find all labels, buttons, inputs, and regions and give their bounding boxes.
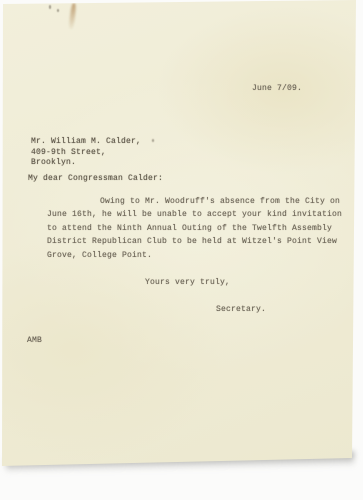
letter-scan: June 7/09. Mr. William M. Calder, 409-9t…: [0, 0, 363, 500]
recipient-street-line: 409-9th Street,: [31, 148, 106, 158]
rust-stain-mark: [68, 3, 76, 29]
ink-speck: [57, 9, 59, 12]
letter-paper: June 7/09. Mr. William M. Calder, 409-9t…: [0, 0, 363, 500]
ink-speck: [49, 5, 51, 9]
body-line: District Republican Club to be held at W…: [47, 237, 337, 247]
typist-initials: AMB: [27, 336, 42, 346]
body-line: June 16th, he will be unable to accept y…: [47, 210, 342, 220]
closing-line: Yours very truly,: [145, 278, 230, 288]
recipient-city-line: Brooklyn.: [31, 158, 76, 168]
letter-date: June 7/09.: [252, 84, 302, 94]
signature-title: Secretary.: [216, 305, 266, 315]
ink-speck: [152, 139, 154, 142]
body-line: Owing to Mr. Woodruff's absence from the…: [100, 197, 340, 207]
recipient-name-line: Mr. William M. Calder,: [31, 137, 141, 147]
body-line: to attend the Ninth Annual Outing of the…: [47, 224, 332, 234]
body-line: Grove, College Point.: [47, 251, 152, 261]
salutation-line: My dear Congressman Calder:: [28, 174, 163, 184]
